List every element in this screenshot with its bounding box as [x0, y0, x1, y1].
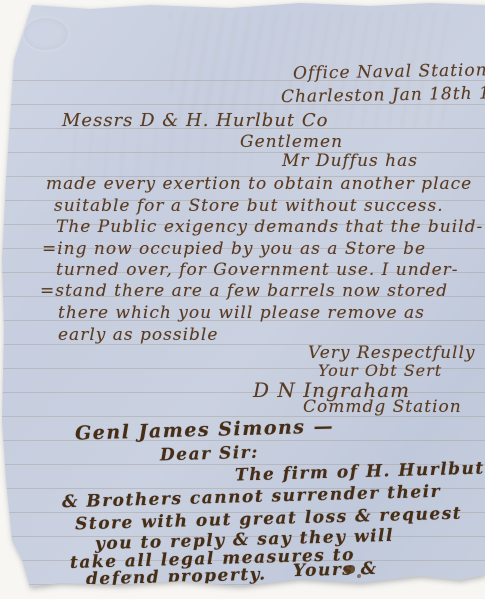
body-line: Mr Duffus has: [282, 153, 418, 170]
salutation-greeting: Gentlemen: [240, 134, 343, 151]
ink-blot: [357, 574, 361, 578]
signer-title: Commdg Station: [303, 399, 462, 416]
postscript-line: The firm of H. Hurlbut: [235, 461, 485, 485]
postscript-signoff: Yours &: [293, 561, 378, 580]
body-line: suitable for a Store but without success…: [54, 198, 444, 215]
body-line: The Public exigency demands that the bui…: [56, 219, 483, 236]
body-line: =stand there are a few barrels now store…: [40, 283, 448, 300]
ink-speck: [128, 574, 132, 577]
postscript-addressee: Genl James Simons —: [75, 417, 335, 443]
postscript-greeting: Dear Sir:: [160, 445, 259, 465]
body-line: =ing now occupied by you as a Store be: [42, 241, 426, 258]
obedient-servant-line: Your Obt Sert: [318, 363, 442, 379]
date-line: Charleston Jan 18th 1864: [281, 85, 485, 106]
addressee-line: Messrs D & H. Hurlbut Co: [62, 112, 329, 130]
body-line: made every exertion to obtain another pl…: [46, 176, 472, 193]
body-line: turned over, for Government use. I under…: [56, 262, 459, 279]
office-line: Office Naval Station: [293, 62, 485, 82]
ink-blot: [344, 565, 355, 574]
embossed-seal-icon: [22, 16, 70, 52]
body-line: early as possible: [58, 327, 218, 344]
letter-paper: Office Naval Station Charleston Jan 18th…: [0, 0, 485, 599]
body-line: there which you will please remove as: [58, 305, 425, 322]
postscript-line: defend property.: [86, 566, 267, 588]
letter-scan: Office Naval Station Charleston Jan 18th…: [0, 0, 485, 599]
paper-shadow: Office Naval Station Charleston Jan 18th…: [0, 0, 485, 599]
valediction: Very Respectfully: [308, 345, 476, 362]
